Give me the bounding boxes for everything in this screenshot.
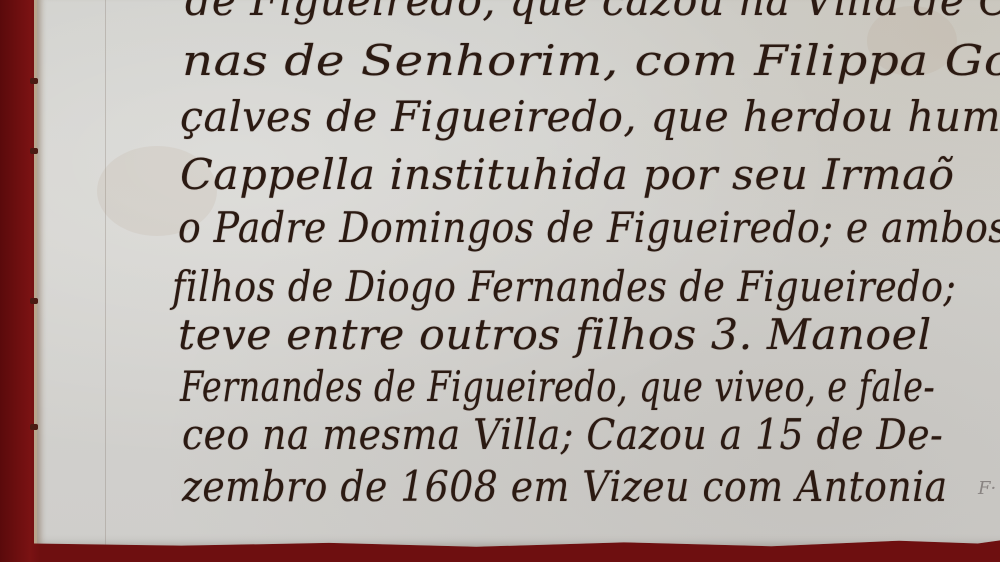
manuscript-line-1: de Figueiredo, que cazou na Villa de Can…: [185, 0, 1000, 25]
margin-mark: F·: [978, 478, 996, 499]
manuscript-line-9: ceo na mesma Villa; Cazou a 15 de De-: [182, 410, 943, 459]
manuscript-line-3: çalves de Figueiredo, que herdou huma: [180, 92, 1000, 141]
manuscript-line-7: teve entre outros filhos 3. Manoel: [178, 310, 932, 359]
manuscript-line-10: zembro de 1608 em Vizeu com Antonia: [182, 462, 948, 511]
manuscript-line-2: nas de Senhorim, com Filippa Gon-: [182, 36, 1000, 85]
manuscript-text: de Figueiredo, que cazou na Villa de Can…: [0, 0, 1000, 562]
manuscript-line-6: filhos de Diogo Fernandes de Figueiredo;: [172, 262, 956, 311]
manuscript-line-4: Cappella instituhida por seu Irmaõ: [180, 150, 955, 199]
manuscript-line-8: Fernandes de Figueiredo, que viveo, e fa…: [180, 362, 935, 411]
manuscript-line-5: o Padre Domingos de Figueiredo; e ambos: [178, 203, 1000, 252]
